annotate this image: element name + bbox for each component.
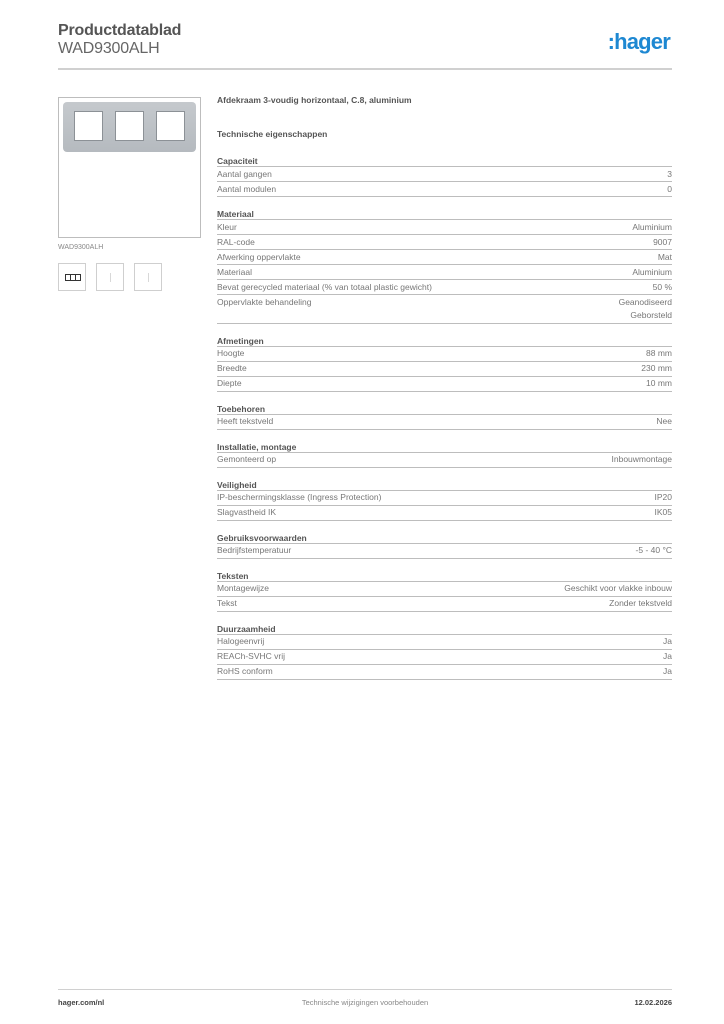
spec-section: DuurzaamheidHalogeenvrijJaREACh-SVHC vri… xyxy=(217,623,672,680)
footer-disclaimer: Technische wijzigingen voorbehouden xyxy=(58,998,672,1007)
spec-row: IP-beschermingsklasse (Ingress Protectio… xyxy=(217,491,672,506)
spec-row: Afwerking oppervlakteMat xyxy=(217,250,672,265)
spec-value: Aluminium xyxy=(632,266,672,280)
document-title: Productdatablad xyxy=(58,22,181,40)
product-description: Afdekraam 3-voudig horizontaal, C.8, alu… xyxy=(217,95,672,109)
tech-properties-heading: Technische eigenschappen xyxy=(217,129,672,143)
thumbnail-drawing-2[interactable] xyxy=(134,263,162,291)
spec-label: Oppervlakte behandeling xyxy=(217,296,619,323)
spec-section: VeiligheidIP-beschermingsklasse (Ingress… xyxy=(217,479,672,521)
section-title: Duurzaamheid xyxy=(217,623,672,635)
drawing-placeholder-icon xyxy=(148,273,149,282)
spec-label: Slagvastheid IK xyxy=(217,506,655,520)
spec-label: Bevat gerecycled materiaal (% van totaal… xyxy=(217,281,653,295)
spec-value: Ja xyxy=(663,635,672,649)
spec-section: CapaciteitAantal gangen3Aantal modulen0 xyxy=(217,155,672,197)
spec-row: MontagewijzeGeschikt voor vlakke inbouw xyxy=(217,582,672,597)
spec-row: Aantal modulen0 xyxy=(217,182,672,197)
spec-value: 0 xyxy=(667,183,672,197)
spec-label: REACh-SVHC vrij xyxy=(217,650,663,664)
spec-value: Ja xyxy=(663,650,672,664)
spec-value: Mat xyxy=(658,251,672,265)
spec-content: Afdekraam 3-voudig horizontaal, C.8, alu… xyxy=(217,95,672,680)
spec-row: Diepte10 mm xyxy=(217,377,672,392)
spec-value: 9007 xyxy=(653,236,672,250)
spec-label: Tekst xyxy=(217,597,609,611)
spec-value: IK05 xyxy=(655,506,673,520)
spec-label: Halogeenvrij xyxy=(217,635,663,649)
spec-label: Montagewijze xyxy=(217,582,564,596)
spec-label: Kleur xyxy=(217,221,632,235)
spec-row: Bedrijfstemperatuur-5 - 40 °C xyxy=(217,544,672,559)
section-title: Afmetingen xyxy=(217,335,672,347)
spec-label: RoHS conform xyxy=(217,665,663,679)
spec-row: HalogeenvrijJa xyxy=(217,635,672,650)
spec-value: 230 mm xyxy=(641,362,672,376)
spec-value: Geanodiseerd Geborsteld xyxy=(619,296,672,323)
spec-value: 10 mm xyxy=(646,377,672,391)
section-title: Materiaal xyxy=(217,208,672,220)
spec-section: Installatie, montageGemonteerd opInbouwm… xyxy=(217,441,672,468)
frame-window xyxy=(156,111,185,141)
spec-value: Inbouwmontage xyxy=(612,453,673,467)
spec-value: -5 - 40 °C xyxy=(636,544,672,558)
section-title: Installatie, montage xyxy=(217,441,672,453)
section-title: Capaciteit xyxy=(217,155,672,167)
spec-section: ToebehorenHeeft tekstveldNee xyxy=(217,403,672,430)
spec-row: Gemonteerd opInbouwmontage xyxy=(217,453,672,468)
spec-section: MateriaalKleurAluminiumRAL-code9007Afwer… xyxy=(217,208,672,324)
spec-value: Ja xyxy=(663,665,672,679)
spec-row: Slagvastheid IKIK05 xyxy=(217,506,672,521)
spec-row: MateriaalAluminium xyxy=(217,265,672,280)
section-title: Gebruiksvoorwaarden xyxy=(217,532,672,544)
spec-value: Zonder tekstveld xyxy=(609,597,672,611)
spec-row: Aantal gangen3 xyxy=(217,167,672,182)
spec-label: RAL-code xyxy=(217,236,653,250)
footer-divider xyxy=(58,989,672,990)
spec-row: KleurAluminium xyxy=(217,220,672,235)
section-title: Teksten xyxy=(217,570,672,582)
spec-row: RAL-code9007 xyxy=(217,235,672,250)
product-image[interactable] xyxy=(58,97,201,238)
spec-label: IP-beschermingsklasse (Ingress Protectio… xyxy=(217,491,655,505)
spec-label: Diepte xyxy=(217,377,646,391)
spec-row: RoHS conformJa xyxy=(217,665,672,680)
section-title: Toebehoren xyxy=(217,403,672,415)
frame-window xyxy=(74,111,103,141)
spec-value: 88 mm xyxy=(646,347,672,361)
spec-row: Hoogte88 mm xyxy=(217,347,672,362)
spec-row: REACh-SVHC vrijJa xyxy=(217,650,672,665)
spec-row: Bevat gerecycled materiaal (% van totaal… xyxy=(217,280,672,295)
footer-date: 12.02.2026 xyxy=(634,998,672,1007)
spec-section: GebruiksvoorwaardenBedrijfstemperatuur-5… xyxy=(217,532,672,559)
spec-label: Hoogte xyxy=(217,347,646,361)
spec-label: Materiaal xyxy=(217,266,632,280)
thumbnail-drawing-1[interactable] xyxy=(96,263,124,291)
spec-row: Oppervlakte behandelingGeanodiseerd Gebo… xyxy=(217,295,672,324)
spec-value: IP20 xyxy=(655,491,673,505)
spec-row: Heeft tekstveldNee xyxy=(217,415,672,430)
frame-window xyxy=(115,111,144,141)
triple-frame-image xyxy=(63,102,196,152)
triple-frame-icon xyxy=(65,274,81,281)
image-caption: WAD9300ALH xyxy=(58,244,103,251)
spec-value: 50 % xyxy=(653,281,672,295)
spec-label: Afwerking oppervlakte xyxy=(217,251,658,265)
spec-label: Bedrijfstemperatuur xyxy=(217,544,636,558)
drawing-placeholder-icon xyxy=(110,273,111,282)
spec-section: TekstenMontagewijzeGeschikt voor vlakke … xyxy=(217,570,672,612)
page-footer: hager.com/nl Technische wijzigingen voor… xyxy=(58,998,672,1010)
spec-row: TekstZonder tekstveld xyxy=(217,597,672,612)
spec-value: Geschikt voor vlakke inbouw xyxy=(564,582,672,596)
page-header: Productdatablad WAD9300ALH :hager xyxy=(58,22,672,70)
spec-label: Aantal modulen xyxy=(217,183,667,197)
spec-row: Breedte230 mm xyxy=(217,362,672,377)
section-title: Veiligheid xyxy=(217,479,672,491)
spec-value: Aluminium xyxy=(632,221,672,235)
spec-label: Aantal gangen xyxy=(217,168,667,182)
product-code-title: WAD9300ALH xyxy=(58,40,159,58)
spec-sections: CapaciteitAantal gangen3Aantal modulen0M… xyxy=(217,155,672,680)
header-divider xyxy=(58,68,672,70)
spec-label: Heeft tekstveld xyxy=(217,415,656,429)
spec-section: AfmetingenHoogte88 mmBreedte230 mmDiepte… xyxy=(217,335,672,392)
thumbnail-product[interactable] xyxy=(58,263,86,291)
spec-label: Gemonteerd op xyxy=(217,453,612,467)
spec-label: Breedte xyxy=(217,362,641,376)
hager-logo: :hager xyxy=(608,29,670,55)
spec-value: 3 xyxy=(667,168,672,182)
spec-value: Nee xyxy=(656,415,672,429)
